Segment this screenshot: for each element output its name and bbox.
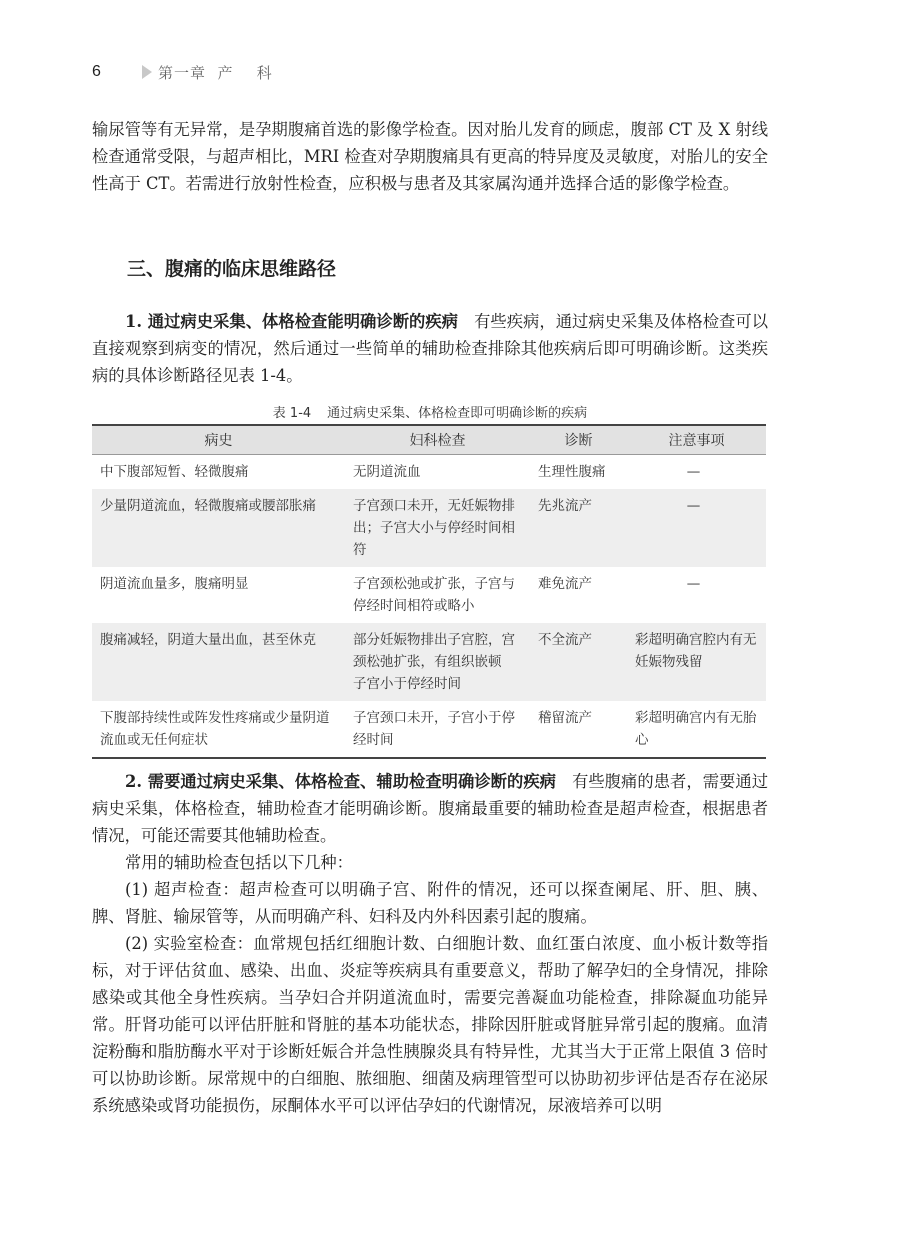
cell-history: 下腹部持续性或阵发性疼痛或少量阴道流血或无任何症状 [92, 701, 345, 758]
cell-gyn-exam: 子宫颈口未开，无妊娠物排出；子宫大小与停经时间相符 [345, 489, 530, 567]
table-caption: 表 1-4通过病史采集、体格检查即可明确诊断的疾病 [92, 402, 768, 421]
cell-history: 阴道流血量多，腹痛明显 [92, 567, 345, 623]
cell-diagnosis: 难免流产 [530, 567, 627, 623]
paragraph-history-exam: 1. 通过病史采集、体格检查能明确诊断的疾病有些疾病，通过病史采集及体格检查可以… [92, 308, 768, 389]
cell-notes: 彩超明确宫内有无胎心 [627, 701, 766, 758]
paragraph-imaging: 输尿管等有无异常，是孕期腹痛首选的影像学检查。因对胎儿发育的顾虑，腹部 CT 及… [92, 116, 768, 197]
table-row: 中下腹部短暂、轻微腹痛 无阴道流血 生理性腹痛 — [92, 455, 766, 490]
subsection-title: 2. 需要通过病史采集、体格检查、辅助检查明确诊断的疾病 [125, 772, 556, 791]
cell-notes: — [627, 455, 766, 490]
cell-notes: — [627, 489, 766, 567]
column-header-gyn-exam: 妇科检查 [345, 425, 530, 455]
paragraph-text: 输尿管等有无异常，是孕期腹痛首选的影像学检查。因对胎儿发育的顾虑，腹部 CT 及… [92, 116, 768, 197]
paragraph-common-exams: 常用的辅助检查包括以下几种： [92, 849, 768, 876]
table-row: 阴道流血量多，腹痛明显 子宫颈松弛或扩张，子宫与停经时间相符或略小 难免流产 — [92, 567, 766, 623]
cell-history: 少量阴道流血，轻微腹痛或腰部胀痛 [92, 489, 345, 567]
cell-diagnosis: 稽留流产 [530, 701, 627, 758]
paragraph-auxiliary: 2. 需要通过病史采集、体格检查、辅助检查明确诊断的疾病有些腹痛的患者，需要通过… [92, 768, 768, 1119]
cell-gyn-exam: 无阴道流血 [345, 455, 530, 490]
cell-history: 腹痛减轻，阴道大量出血，甚至休克 [92, 623, 345, 701]
cell-notes: — [627, 567, 766, 623]
triangle-right-icon [142, 65, 152, 79]
paragraph-ultrasound: (1) 超声检查：超声检查可以明确子宫、附件的情况，还可以探查阑尾、肝、胆、胰、… [92, 876, 768, 930]
cell-gyn-exam: 子宫颈口未开，子宫小于停经时间 [345, 701, 530, 758]
table-header-row: 病史 妇科检查 诊断 注意事项 [92, 425, 766, 455]
table-number: 表 1-4 [273, 406, 311, 421]
column-header-diagnosis: 诊断 [530, 425, 627, 455]
cell-history: 中下腹部短暂、轻微腹痛 [92, 455, 345, 490]
cell-gyn-exam: 子宫颈松弛或扩张，子宫与停经时间相符或略小 [345, 567, 530, 623]
column-header-history: 病史 [92, 425, 345, 455]
cell-diagnosis: 先兆流产 [530, 489, 627, 567]
subsection-title: 1. 通过病史采集、体格检查能明确诊断的疾病 [125, 312, 458, 331]
chapter-label: 第一章 产 科 [158, 62, 273, 83]
cell-gyn-exam: 部分妊娠物排出子宫腔，宫颈松弛扩张，有组织嵌顿 子宫小于停经时间 [345, 623, 530, 701]
running-header: 6 第一章 产 科 [92, 60, 273, 84]
table-row: 下腹部持续性或阵发性疼痛或少量阴道流血或无任何症状 子宫颈口未开，子宫小于停经时… [92, 701, 766, 758]
table-row: 腹痛减轻，阴道大量出血，甚至休克 部分妊娠物排出子宫腔，宫颈松弛扩张，有组织嵌顿… [92, 623, 766, 701]
cell-diagnosis: 不全流产 [530, 623, 627, 701]
cell-diagnosis: 生理性腹痛 [530, 455, 627, 490]
paragraph-lab-tests: (2) 实验室检查：血常规包括红细胞计数、白细胞计数、血红蛋白浓度、血小板计数等… [92, 930, 768, 1119]
cell-notes: 彩超明确宫腔内有无妊娠物残留 [627, 623, 766, 701]
table-title: 通过病史采集、体格检查即可明确诊断的疾病 [327, 406, 587, 421]
column-header-notes: 注意事项 [627, 425, 766, 455]
diagnosis-table: 病史 妇科检查 诊断 注意事项 中下腹部短暂、轻微腹痛 无阴道流血 生理性腹痛 … [92, 424, 766, 759]
page-number: 6 [92, 63, 142, 81]
section-heading: 三、腹痛的临床思维路径 [127, 254, 336, 281]
table-row: 少量阴道流血，轻微腹痛或腰部胀痛 子宫颈口未开，无妊娠物排出；子宫大小与停经时间… [92, 489, 766, 567]
